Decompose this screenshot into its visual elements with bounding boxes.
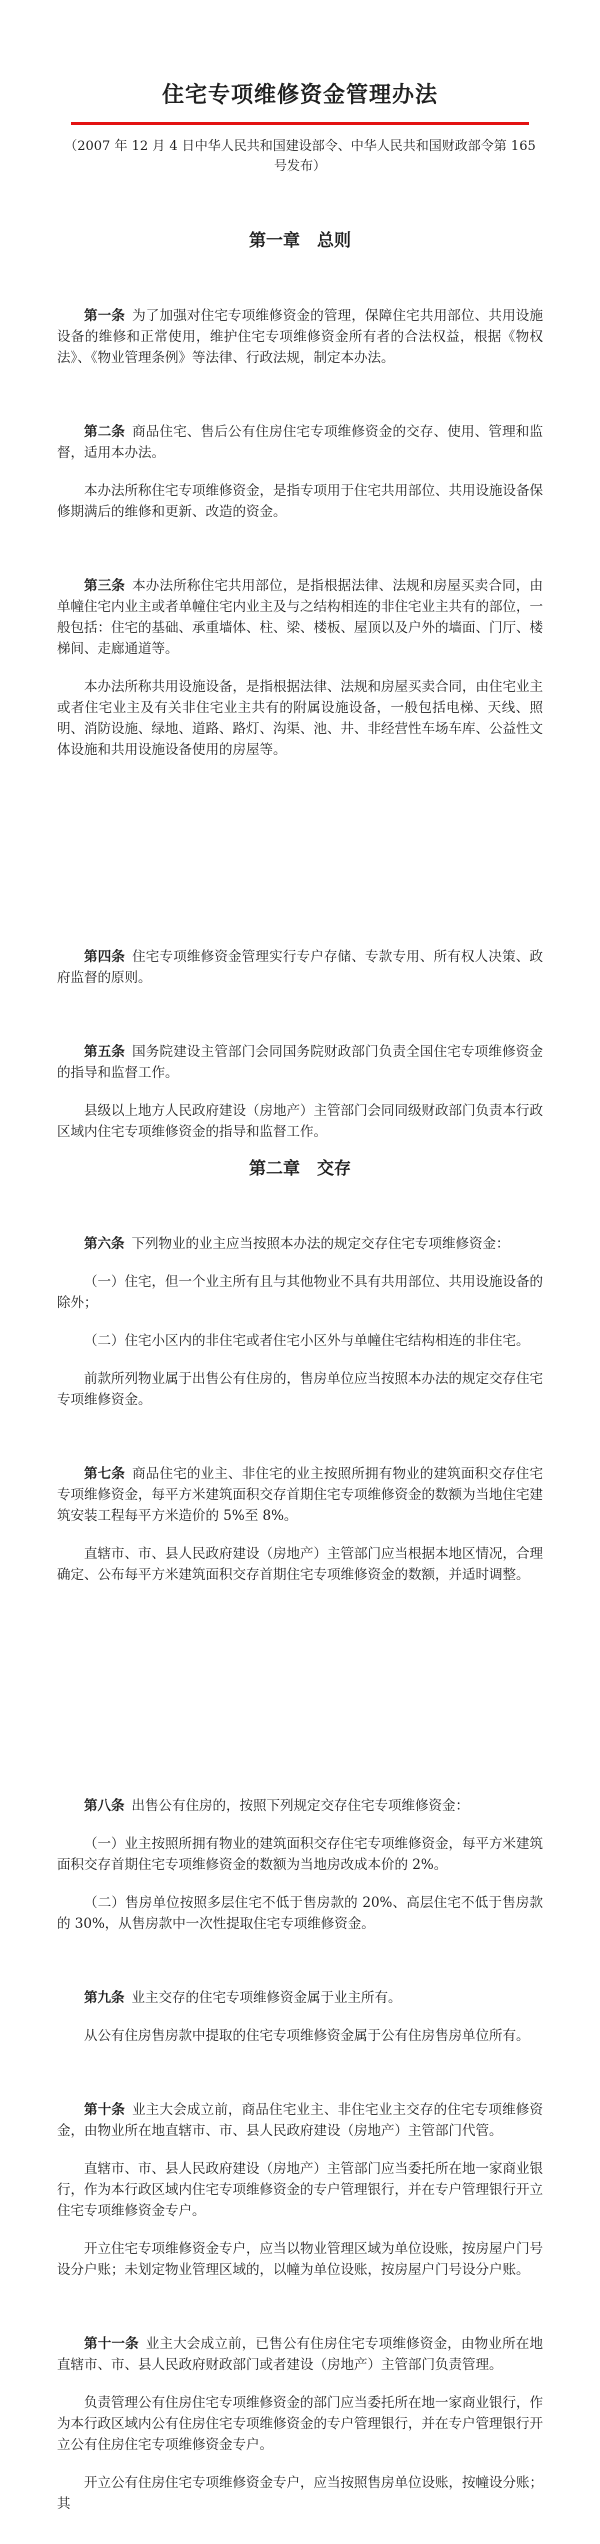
document-subtitle: （2007 年 12 月 4 日中华人民共和国建设部令、中华人民共和国财政部令第… [57, 137, 543, 177]
article-8-text: 出售公有住房的，按照下列规定交存住宅专项维修资金： [132, 1798, 470, 1814]
article-4-text: 住宅专项维修资金管理实行专户存储、专款专用、所有权人决策、政府监督的原则。 [57, 949, 543, 986]
list-item-paragraph: （一）住宅，但一个业主所有且与其他物业不具有共用部位、共用设施设备的除外； [57, 1272, 543, 1314]
article-2-text: 商品住宅、售后公有住房住宅专项维修资金的交存、使用、管理和监督，适用本办法。 [57, 424, 543, 461]
article-3: 第三条本办法所称住宅共用部位，是指根据法律、法规和房屋买卖合同，由单幢住宅内业主… [57, 576, 543, 660]
body-paragraph: 开立住宅专项维修资金专户，应当以物业管理区域为单位设账，按房屋户门号设分户账；未… [57, 2239, 543, 2281]
article-2-label: 第二条 [84, 424, 125, 440]
article-8: 第八条出售公有住房的，按照下列规定交存住宅专项维修资金： [57, 1796, 543, 1817]
article-4-label: 第四条 [84, 949, 125, 965]
article-4: 第四条住宅专项维修资金管理实行专户存储、专款专用、所有权人决策、政府监督的原则。 [57, 947, 543, 989]
body-paragraph: 负责管理公有住房住宅专项维修资金的部门应当委托所在地一家商业银行，作为本行政区域… [57, 2393, 543, 2456]
article-9-label: 第九条 [84, 1990, 125, 2006]
article-3-label: 第三条 [84, 578, 125, 594]
article-11-label: 第十一条 [84, 2336, 139, 2352]
article-6-label: 第六条 [84, 1236, 125, 1252]
article-6: 第六条下列物业的业主应当按照本办法的规定交存住宅专项维修资金： [57, 1234, 543, 1255]
chapter-heading-2: 第二章 交存 [57, 1157, 543, 1181]
document-title: 住宅专项维修资金管理办法 [57, 80, 543, 110]
article-1: 第一条为了加强对住宅专项维修资金的管理，保障住宅共用部位、共用设施设备的维修和正… [57, 306, 543, 369]
article-11: 第十一条业主大会成立前，已售公有住房住宅专项维修资金，由物业所在地直辖市、市、县… [57, 2334, 543, 2376]
body-paragraph: 前款所列物业属于出售公有住房的，售房单位应当按照本办法的规定交存住宅专项维修资金… [57, 1369, 543, 1411]
article-5-text: 国务院建设主管部门会同国务院财政部门负责全国住宅专项维修资金的指导和监督工作。 [57, 1044, 543, 1081]
list-item-paragraph: （二）住宅小区内的非住宅或者住宅小区外与单幢住宅结构相连的非住宅。 [57, 1331, 543, 1352]
list-item-paragraph: （一）业主按照所拥有物业的建筑面积交存住宅专项维修资金，每平方米建筑面积交存首期… [57, 1834, 543, 1876]
article-7: 第七条商品住宅的业主、非住宅的业主按照所拥有物业的建筑面积交存住宅专项维修资金，… [57, 1464, 543, 1527]
article-10-text: 业主大会成立前，商品住宅业主、非住宅业主交存的住宅专项维修资金，由物业所在地直辖… [57, 2102, 543, 2139]
body-paragraph: 直辖市、市、县人民政府建设（房地产）主管部门应当根据本地区情况，合理确定、公布每… [57, 1544, 543, 1586]
article-3-text: 本办法所称住宅共用部位，是指根据法律、法规和房屋买卖合同，由单幢住宅内业主或者单… [57, 578, 543, 657]
article-9-text: 业主交存的住宅专项维修资金属于业主所有。 [132, 1990, 402, 2006]
article-1-label: 第一条 [84, 308, 125, 324]
body-paragraph: 本办法所称住宅专项维修资金，是指专项用于住宅共用部位、共用设施设备保修期满后的维… [57, 481, 543, 523]
article-6-text: 下列物业的业主应当按照本办法的规定交存住宅专项维修资金： [132, 1236, 510, 1252]
article-9: 第九条业主交存的住宅专项维修资金属于业主所有。 [57, 1988, 543, 2009]
document-page: 住宅专项维修资金管理办法 （2007 年 12 月 4 日中华人民共和国建设部令… [0, 0, 600, 2544]
article-7-text: 商品住宅的业主、非住宅的业主按照所拥有物业的建筑面积交存住宅专项维修资金，每平方… [57, 1466, 543, 1524]
article-10: 第十条业主大会成立前，商品住宅业主、非住宅业主交存的住宅专项维修资金，由物业所在… [57, 2100, 543, 2142]
article-5: 第五条国务院建设主管部门会同国务院财政部门负责全国住宅专项维修资金的指导和监督工… [57, 1042, 543, 1084]
article-8-label: 第八条 [84, 1798, 125, 1814]
list-item-paragraph: （二）售房单位按照多层住宅不低于售房款的 20%、高层住宅不低于售房款的 30%… [57, 1893, 543, 1935]
body-paragraph: 本办法所称共用设施设备，是指根据法律、法规和房屋买卖合同，由住宅业主或者住宅业主… [57, 677, 543, 761]
article-1-text: 为了加强对住宅专项维修资金的管理，保障住宅共用部位、共用设施设备的维修和正常使用… [57, 308, 543, 366]
body-paragraph: 直辖市、市、县人民政府建设（房地产）主管部门应当委托所在地一家商业银行，作为本行… [57, 2159, 543, 2222]
title-divider-line [71, 122, 529, 125]
chapter-heading-1: 第一章 总则 [57, 229, 543, 253]
body-paragraph: 从公有住房售房款中提取的住宅专项维修资金属于公有住房售房单位所有。 [57, 2026, 543, 2047]
article-10-label: 第十条 [84, 2102, 125, 2118]
body-paragraph: 县级以上地方人民政府建设（房地产）主管部门会同同级财政部门负责本行政区域内住宅专… [57, 1101, 543, 1143]
article-7-label: 第七条 [84, 1466, 125, 1482]
article-2: 第二条商品住宅、售后公有住房住宅专项维修资金的交存、使用、管理和监督，适用本办法… [57, 422, 543, 464]
article-5-label: 第五条 [84, 1044, 125, 1060]
body-paragraph-truncated: 开立公有住房住宅专项维修资金专户，应当按照售房单位设账，按幢设分账；其 [57, 2473, 543, 2515]
